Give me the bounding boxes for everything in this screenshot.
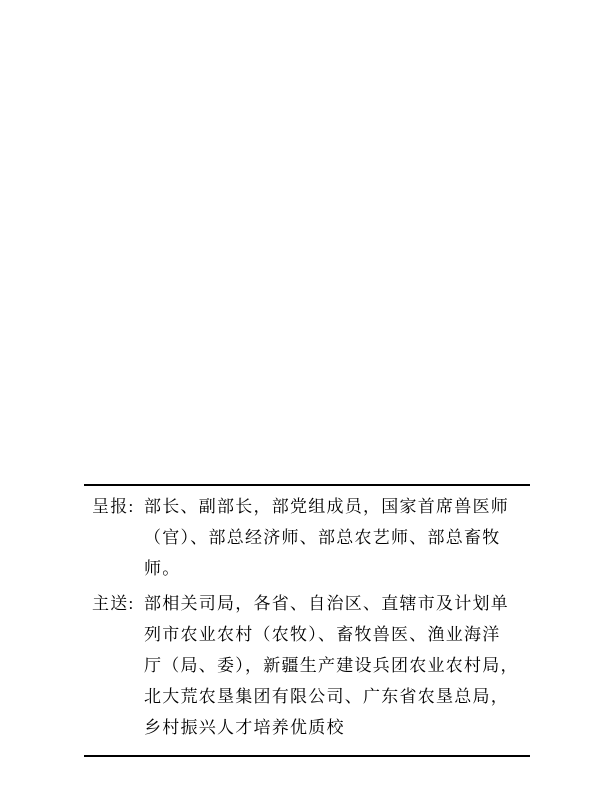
text-line: 部长、副部长，部党组成员，国家首席兽医师 [144, 491, 530, 522]
text-line: 北大荒农垦集团有限公司、广东省农垦总局， [144, 681, 530, 712]
zhusong-entry: 主送: 部相关司局，各省、自治区、直辖市及计划单 列市农业农村（农牧）、畜牧兽医… [92, 588, 530, 743]
chengbao-text: 部长、副部长，部党组成员，国家首席兽医师 （官）、部总经济师、部总农艺师、部总畜… [144, 491, 530, 584]
text-line: 列市农业农村（农牧）、畜牧兽医、渔业海洋 [144, 619, 530, 650]
text-line: 部相关司局，各省、自治区、直辖市及计划单 [144, 588, 530, 619]
distribution-entries: 呈报: 部长、副部长，部党组成员，国家首席兽医师 （官）、部总经济师、部总农艺师… [84, 486, 530, 755]
bottom-separator-line [84, 755, 530, 757]
text-line: 乡村振兴人才培养优质校 [144, 712, 530, 743]
chengbao-entry: 呈报: 部长、副部长，部党组成员，国家首席兽医师 （官）、部总经济师、部总农艺师… [92, 491, 530, 584]
zhusong-text: 部相关司局，各省、自治区、直辖市及计划单 列市农业农村（农牧）、畜牧兽医、渔业海… [144, 588, 530, 743]
text-line: 师。 [144, 553, 530, 584]
document-page: 呈报: 部长、副部长，部党组成员，国家首席兽医师 （官）、部总经济师、部总农艺师… [0, 0, 607, 797]
zhusong-label: 主送: [92, 588, 144, 619]
text-line: （官）、部总经济师、部总农艺师、部总畜牧 [144, 522, 530, 553]
distribution-block: 呈报: 部长、副部长，部党组成员，国家首席兽医师 （官）、部总经济师、部总农艺师… [84, 484, 530, 757]
chengbao-label: 呈报: [92, 491, 144, 522]
text-line: 厅（局、委），新疆生产建设兵团农业农村局， [144, 650, 530, 681]
